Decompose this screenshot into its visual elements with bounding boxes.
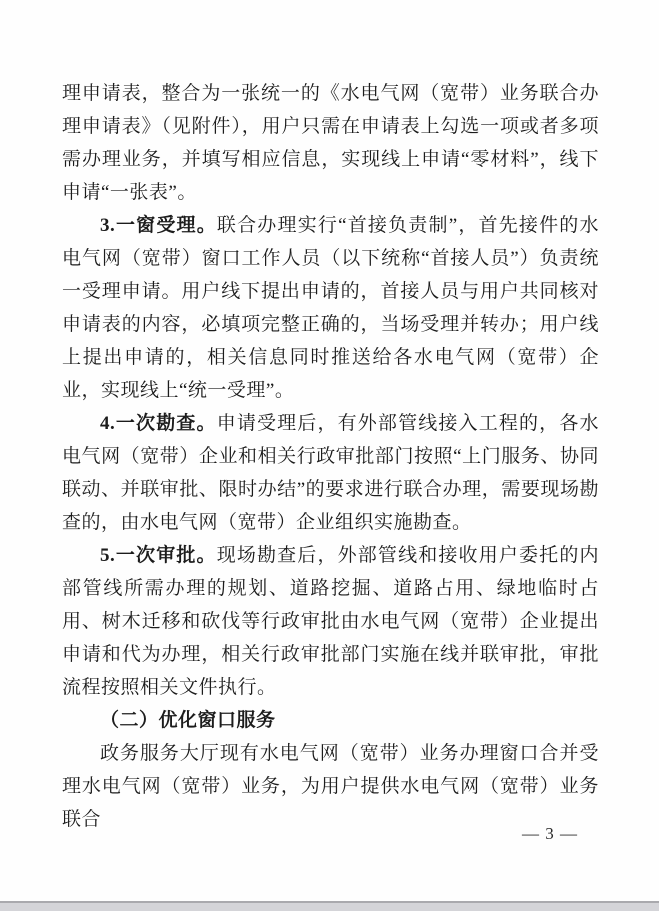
paragraph-text: 政务服务大厅现有水电气网（宽带）业务办理窗口合并受理水电气网（宽带）业务，为用户… — [62, 743, 599, 830]
document-page: 理申请表，整合为一张统一的《水电气网（宽带）业务联合办理申请表》（见附件），用户… — [0, 0, 659, 911]
document-body: 理申请表，整合为一张统一的《水电气网（宽带）业务联合办理申请表》（见附件），用户… — [62, 77, 599, 836]
paragraph-lead: 4.一次勘查。 — [100, 413, 217, 434]
section-heading-text: （二）优化窗口服务 — [100, 710, 276, 731]
body-paragraph: 4.一次勘查。申请受理后，有外部管线接入工程的，各水电气网（宽带）企业和相关行政… — [62, 407, 599, 539]
body-paragraph: 3.一窗受理。联合办理实行“首接负责制”，首先接件的水电气网（宽带）窗口工作人员… — [62, 209, 599, 407]
paragraph-text: 现场勘查后，外部管线和接收用户委托的内部管线所需办理的规划、道路挖掘、道路占用、… — [62, 545, 599, 698]
paragraph-text: 联合办理实行“首接负责制”，首先接件的水电气网（宽带）窗口工作人员（以下统称“首… — [62, 215, 599, 401]
body-paragraph: 5.一次审批。现场勘查后，外部管线和接收用户委托的内部管线所需办理的规划、道路挖… — [62, 539, 599, 704]
paragraph-text: 理申请表，整合为一张统一的《水电气网（宽带）业务联合办理申请表》（见附件），用户… — [62, 83, 599, 203]
body-paragraph: 政务服务大厅现有水电气网（宽带）业务办理窗口合并受理水电气网（宽带）业务，为用户… — [62, 737, 599, 836]
page-number: — 3 — — [500, 824, 600, 844]
page-separator — [0, 901, 659, 911]
paragraph-lead: 3.一窗受理。 — [100, 215, 217, 236]
section-heading: （二）优化窗口服务 — [62, 704, 599, 737]
paragraph-lead: 5.一次审批。 — [100, 545, 217, 566]
body-paragraph: 理申请表，整合为一张统一的《水电气网（宽带）业务联合办理申请表》（见附件），用户… — [62, 77, 599, 209]
